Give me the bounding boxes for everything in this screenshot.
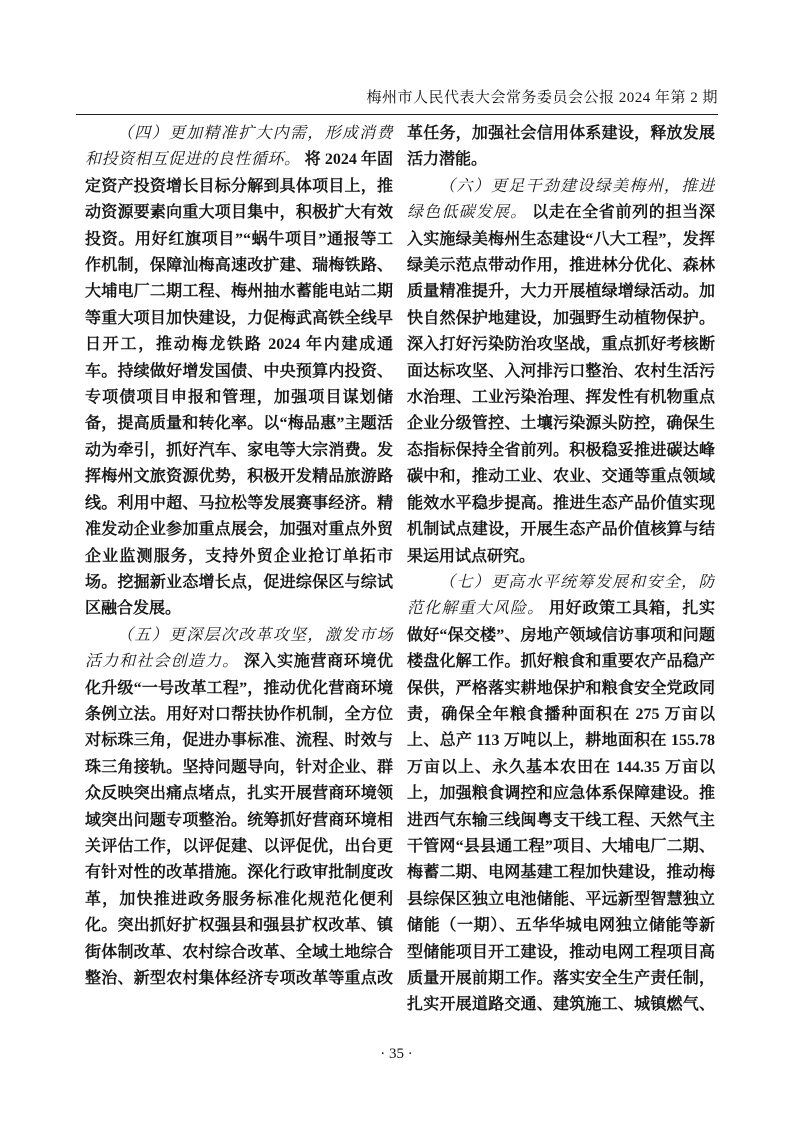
page-header: 梅州市人民代表大会常务委员会公报 2024 年第 2 期 (76, 86, 718, 115)
paragraph-6: （六）更足干劲建设绿美梅州，推进绿色低碳发展。 以走在全省前列的担当深入实施绿美… (407, 174, 715, 570)
article-body: （四）更加精准扩大内需，形成消费和投资相互促进的良性循环。 将 2024 年固定… (85, 121, 715, 1027)
paragraph-4: （四）更加精准扩大内需，形成消费和投资相互促进的良性循环。 将 2024 年固定… (85, 121, 393, 623)
page-number: · 35 · (0, 1046, 793, 1063)
bulletin-page: 梅州市人民代表大会常务委员会公报 2024 年第 2 期 （四）更加精准扩大内需… (0, 0, 793, 1122)
paragraph-text: 以走在全省前列的担当深入实施绿美梅州生态建设“八大工程”，发挥绿美示范点带动作用… (407, 204, 715, 564)
running-title: 梅州市人民代表大会常务委员会公报 2024 年第 2 期 (366, 90, 718, 106)
paragraph-text: 将 2024 年固定资产投资增长目标分解到具体项目上，推动资源要素向重大项目集中… (85, 151, 393, 617)
